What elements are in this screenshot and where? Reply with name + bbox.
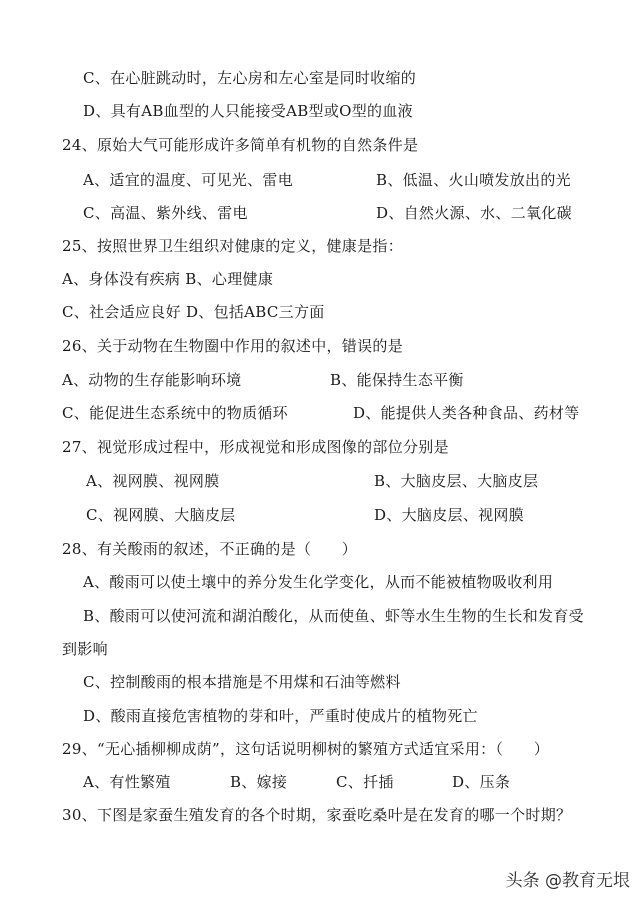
text-line-q26a: A、动物的生存能影响环境 [62,370,241,390]
text-line-q28b2: 到影响 [62,639,108,659]
text-line-q27c: C、视网膜、大脑皮层 [86,505,235,525]
text-line-q29a: A、有性繁殖 [83,772,171,792]
text-line-q27d: D、大脑皮层、视网膜 [374,505,524,525]
text-line-q24b: B、低温、火山喷发放出的光 [376,170,571,190]
watermark: 头条 @教育无垠 [506,866,630,891]
text-line-q28b: B、酸雨可以使河流和湖泊酸化，从而使鱼、虾等水生生物的生长和发育受 [83,606,584,626]
text-line-q28: 28、有关酸雨的叙述，不正确的是（ ） [62,539,357,559]
text-line-q26b: B、能保持生态平衡 [330,370,464,390]
text-line-q27b: B、大脑皮层、大脑皮层 [374,471,538,491]
text-line-q23d: D、具有AB血型的人只能接受AB型或O型的血液 [83,101,413,121]
text-line-q23c: C、在心脏跳动时，左心房和左心室是同时收缩的 [83,68,416,88]
text-line-q24: 24、原始大气可能形成许多简单有机物的自然条件是 [62,135,418,155]
text-line-q30: 30、下图是家蚕生殖发育的各个时期，家蚕吃桑叶是在发育的哪一个时期？ [62,805,571,825]
text-line-q26d: D、能提供人类各种食品、药材等 [353,403,580,423]
text-line-q29d: D、压条 [452,772,510,792]
text-line-q29b: B、嫁接 [230,772,287,792]
text-line-q29c: C、扦插 [336,772,394,792]
text-line-q24a: A、适宜的温度、可见光、雷电 [83,170,293,190]
text-line-q24c: C、高温、紫外线、雷电 [83,203,248,223]
text-line-q27: 27、视觉形成过程中，形成视觉和形成图像的部位分别是 [62,437,449,457]
text-line-q28c: C、控制酸雨的根本措施是不用煤和石油等燃料 [83,672,401,692]
text-line-q25ab: A、身体没有疾病 B、心理健康 [62,269,273,289]
text-line-q28d: D、酸雨直接危害植物的芽和叶，严重时使成片的植物死亡 [83,706,478,726]
text-line-q27a: A、视网膜、视网膜 [86,471,220,491]
text-line-q26c: C、能促进生态系统中的物质循环 [62,403,288,423]
text-line-q29: 29、“无心插柳柳成荫”，这句话说明柳树的繁殖方式适宜采用：（ ） [62,739,549,759]
text-line-q25cd: C、社会适应良好 D、包括ABC三方面 [62,302,325,322]
text-line-q25: 25、按照世界卫生组织对健康的定义，健康是指： [62,236,403,256]
text-line-q26: 26、关于动物在生物圈中作用的叙述中，错误的是 [62,336,403,356]
text-line-q28a: A、酸雨可以使土壤中的养分发生化学变化，从而不能被植物吸收利用 [83,572,553,592]
text-line-q24d: D、自然火源、水、二氧化碳 [376,203,572,223]
